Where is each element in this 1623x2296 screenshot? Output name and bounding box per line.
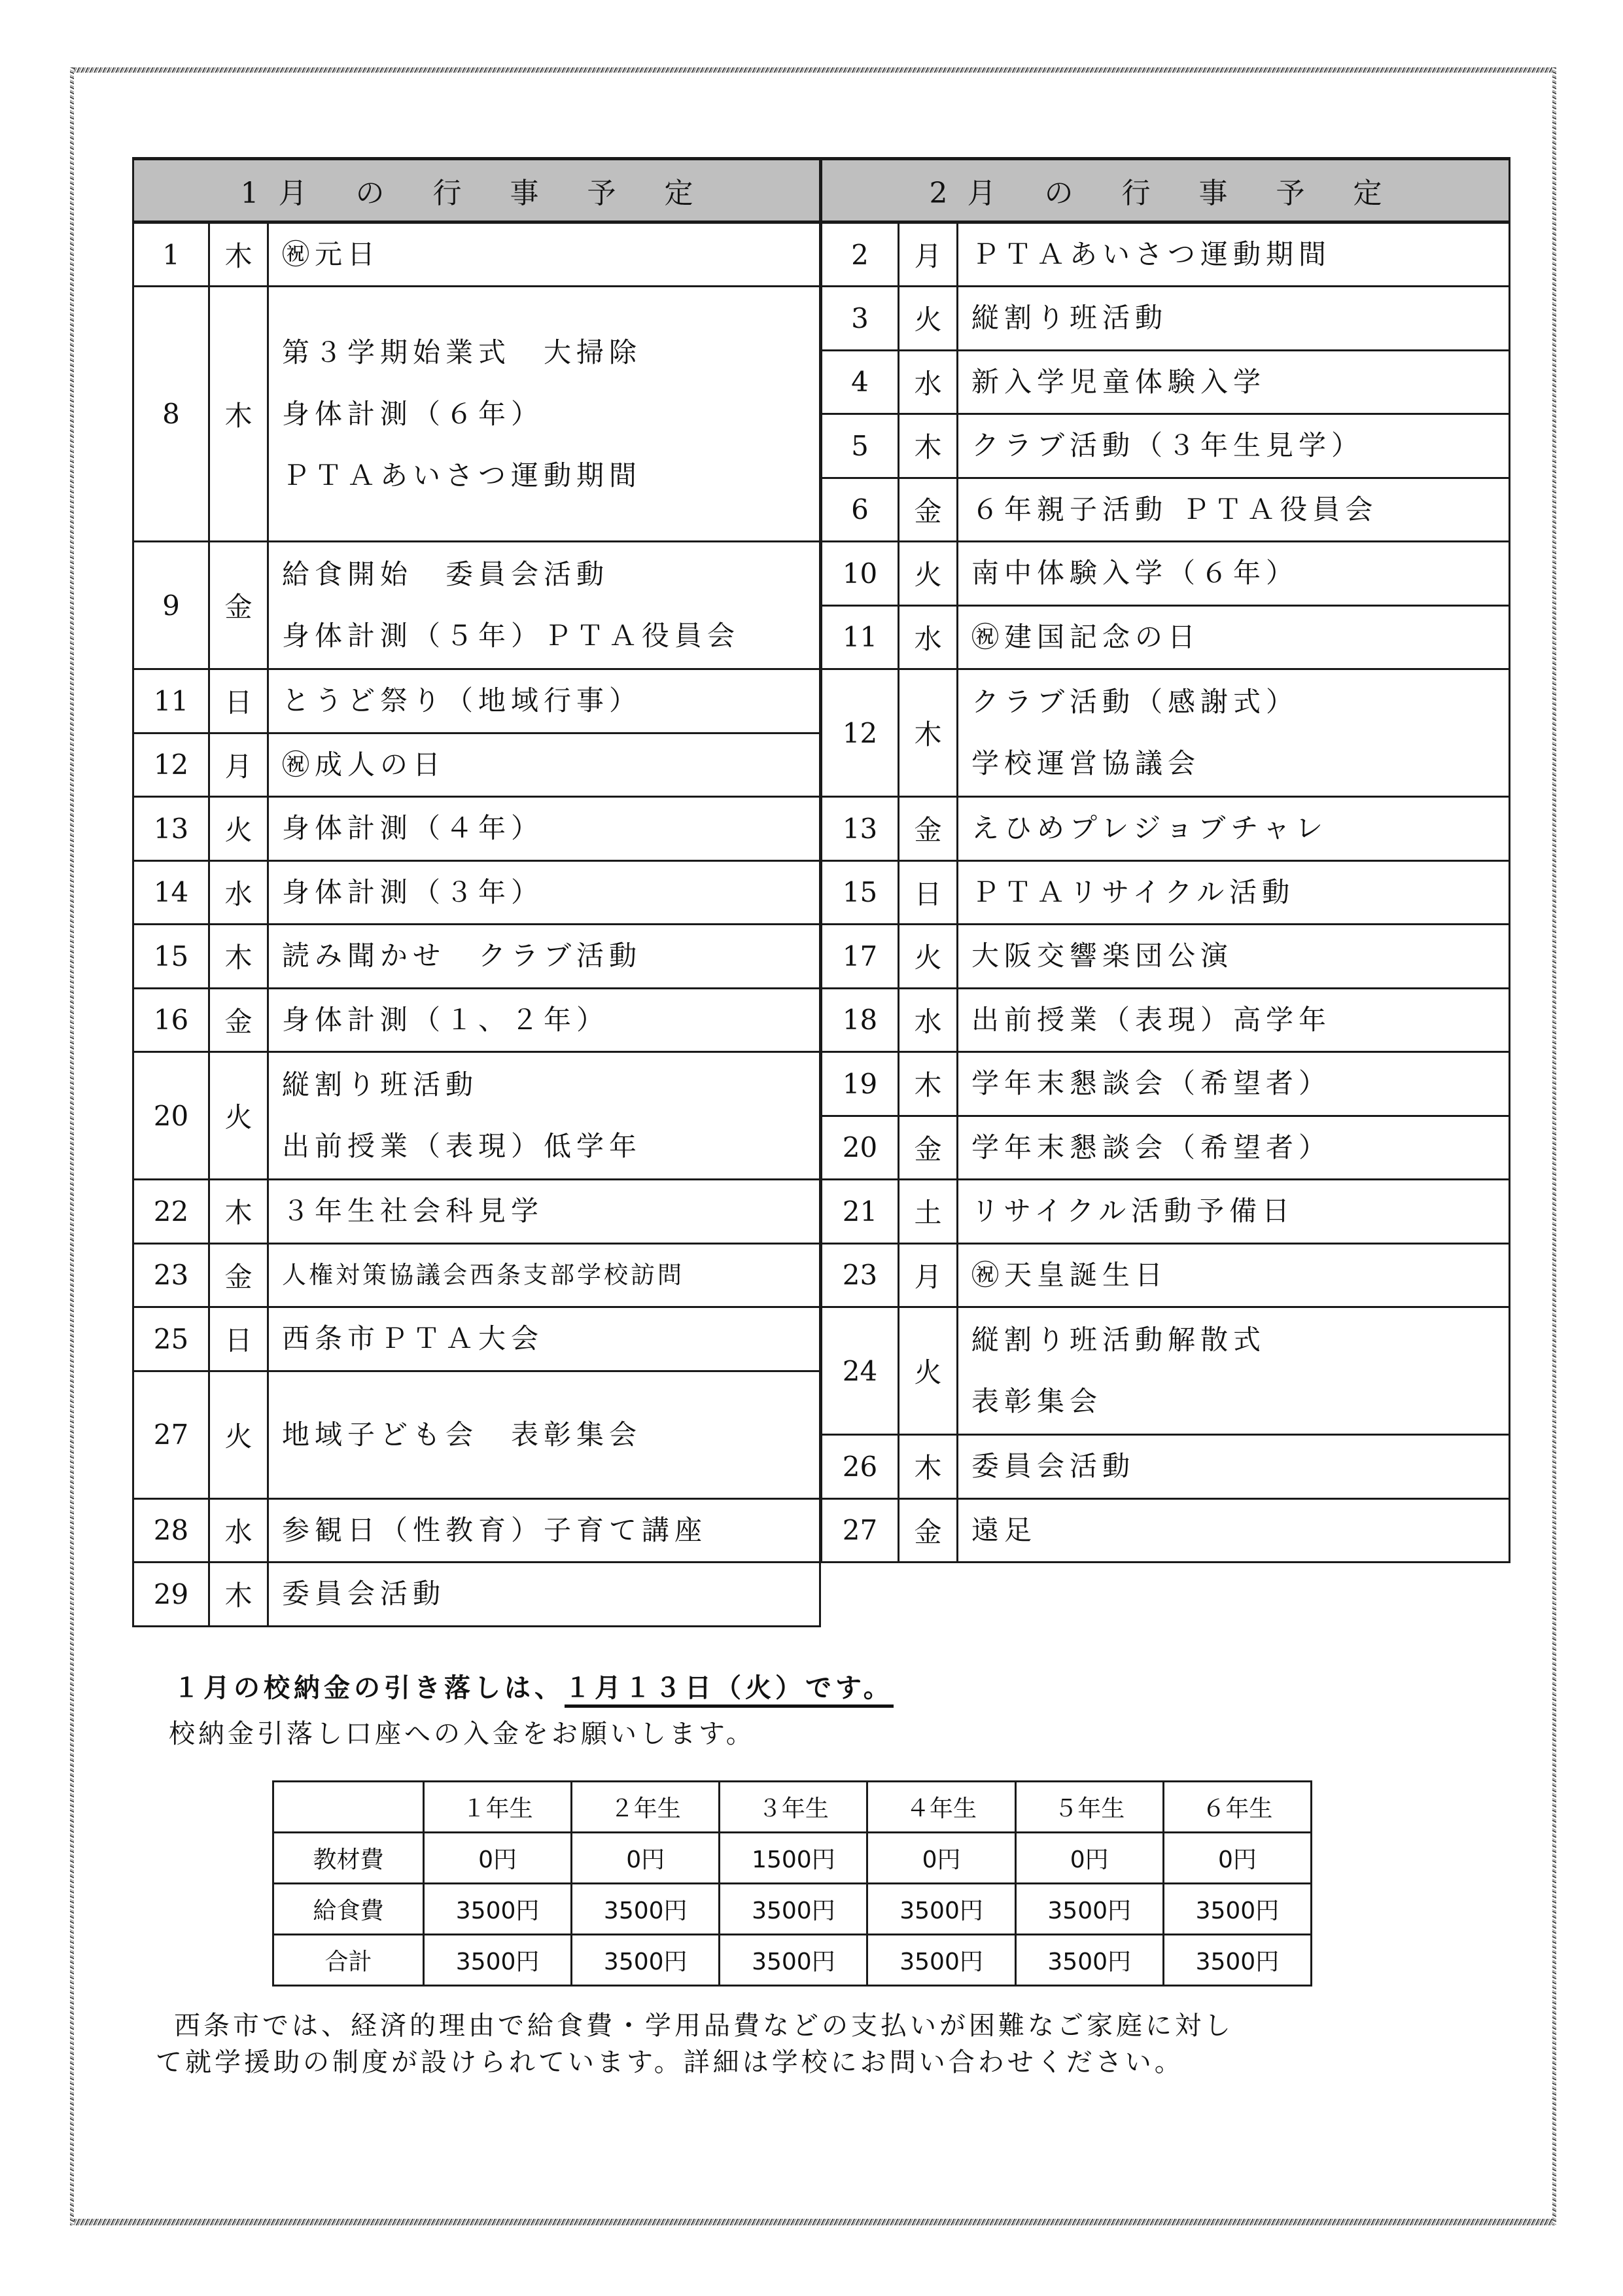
schedule-row: 27金遠足 [822,1498,1510,1563]
weekday: 水 [899,605,958,669]
day-number: 10 [822,542,899,606]
event-text: 参観日（性教育）子育て講座 [282,1500,819,1561]
schedule-row: 28水参観日（性教育）子育て講座 [133,1498,820,1563]
schedule-row: 14水身体計測（３年） [133,860,820,925]
event-text: ㊗成人の日 [282,734,819,796]
event-text: 縦割り班活動解散式 [971,1309,1509,1371]
weekday: 日 [209,1307,268,1371]
event-text: クラブ活動（感謝式） [971,671,1509,733]
event-text: とうど祭り（地域行事） [282,670,819,732]
weekday: 木 [209,1180,268,1244]
fee-row: 給食費3500円3500円3500円3500円3500円3500円 [273,1884,1312,1935]
event-text: 南中体験入学（６年） [971,542,1509,604]
event-text: リサイクル活動予備日 [971,1180,1509,1242]
event-cell: 委員会活動 [958,1435,1510,1499]
weekday: 金 [899,478,958,542]
event-cell: 縦割り班活動解散式表彰集会 [958,1307,1510,1435]
event-cell: 身体計測（１、２年） [268,988,820,1052]
day-number: 26 [822,1435,899,1499]
day-number: 13 [133,797,209,861]
day-number: 25 [133,1307,209,1371]
event-text: 縦割り班活動 [971,287,1509,349]
event-cell: ㊗建国記念の日 [958,605,1510,669]
schedule-row: 21土リサイクル活動予備日 [822,1180,1510,1244]
schedule-row: 19木学年末懇談会（希望者） [822,1052,1510,1116]
border-left [70,67,74,2225]
fee-amount: 3500円 [572,1884,720,1935]
fee-amount: 0円 [1015,1833,1163,1884]
february-schedule-table: 2月 の 行 事 予 定 2月ＰＴＡあいさつ運動期間3火縦割り班活動4水新入学児… [820,157,1510,1563]
january-schedule-table: 1月 の 行 事 予 定 1木㊗元日8木第３学期始業式 大掃除身体計測（６年）Ｐ… [132,157,821,1627]
event-cell: 読み聞かせ クラブ活動 [268,925,820,989]
event-cell: 第３学期始業式 大掃除身体計測（６年）ＰＴＡあいさつ運動期間 [268,287,820,542]
fee-column-header: ６年生 [1163,1782,1311,1833]
schedule-row: 5木クラブ活動（３年生見学） [822,414,1510,478]
day-number: 13 [822,797,899,861]
event-cell: 給食開始 委員会活動身体計測（５年）ＰＴＡ役員会 [268,542,820,669]
day-number: 12 [133,733,209,797]
event-cell: 縦割り班活動 [958,287,1510,351]
weekday: 火 [209,797,268,861]
schedule-row: 15日ＰＴＡリサイクル活動 [822,860,1510,925]
weekday: 金 [899,1116,958,1180]
event-text: 出前授業（表現）低学年 [282,1116,819,1177]
day-number: 9 [133,542,209,669]
day-number: 24 [822,1307,899,1435]
event-text: 読み聞かせ クラブ活動 [282,925,819,987]
event-text: ㊗建国記念の日 [971,607,1509,668]
day-number: 27 [133,1371,209,1498]
event-text: 人権対策協議会西条支部学校訪問 [282,1245,819,1306]
event-text: 大阪交響楽団公演 [971,925,1509,987]
january-schedule-title: 1月 の 行 事 予 定 [133,159,820,222]
event-cell: ㊗天皇誕生日 [958,1243,1510,1307]
schedule-row: 11日とうど祭り（地域行事） [133,669,820,733]
event-cell: 学年末懇談会（希望者） [958,1116,1510,1180]
schedule-row: 2月ＰＴＡあいさつ運動期間 [822,222,1510,287]
schedule-row: 20火縦割り班活動出前授業（表現）低学年 [133,1052,820,1180]
fee-table-body: １年生２年生３年生４年生５年生６年生教材費0円0円1500円0円0円0円給食費3… [273,1782,1312,1986]
weekday: 月 [899,1243,958,1307]
weekday: 火 [899,542,958,606]
event-text: ＰＴＡあいさつ運動期間 [971,224,1509,285]
day-number: 17 [822,925,899,989]
event-text: 西条市ＰＴＡ大会 [282,1308,819,1369]
school-fee-table: １年生２年生３年生４年生５年生６年生教材費0円0円1500円0円0円0円給食費3… [272,1780,1312,1987]
fee-amount: 3500円 [424,1884,572,1935]
weekday: 木 [209,1563,268,1627]
weekday: 日 [209,669,268,733]
event-text: ㊗元日 [282,224,819,285]
event-cell: 学年末懇談会（希望者） [958,1052,1510,1116]
event-cell: 委員会活動 [268,1563,820,1627]
day-number: 1 [133,222,209,287]
event-text: 身体計測（５年）ＰＴＡ役員会 [282,605,819,667]
weekday: 金 [209,1243,268,1307]
day-number: 27 [822,1498,899,1563]
event-text: 新入学児童体験入学 [971,351,1509,413]
event-text: 地域子ども会 表彰集会 [282,1404,819,1466]
event-cell: クラブ活動（３年生見学） [958,414,1510,478]
fee-row-label: 教材費 [273,1833,424,1884]
fee-amount: 3500円 [1015,1884,1163,1935]
schedule-row: 12木クラブ活動（感謝式）学校運営協議会 [822,669,1510,797]
weekday: 木 [209,287,268,542]
fee-row: 教材費0円0円1500円0円0円0円 [273,1833,1312,1884]
schedule-row: 20金学年末懇談会（希望者） [822,1116,1510,1180]
schedule-row: 10火南中体験入学（６年） [822,542,1510,606]
event-cell: ３年生社会科見学 [268,1180,820,1244]
day-number: 5 [822,414,899,478]
event-text: ３年生社会科見学 [282,1180,819,1242]
fee-header-row: １年生２年生３年生４年生５年生６年生 [273,1782,1312,1833]
fee-amount: 0円 [867,1833,1015,1884]
day-number: 11 [133,669,209,733]
fee-amount: 0円 [424,1833,572,1884]
fee-row: 合計3500円3500円3500円3500円3500円3500円 [273,1935,1312,1986]
event-text: 身体計測（４年） [282,798,819,859]
event-cell: 遠足 [958,1498,1510,1563]
weekday: 水 [899,350,958,414]
schedule-row: 18水出前授業（表現）高学年 [822,988,1510,1052]
fee-amount: 3500円 [424,1935,572,1986]
fee-amount: 1500円 [720,1833,867,1884]
event-text: 身体計測（６年） [282,383,819,445]
day-number: 8 [133,287,209,542]
schedule-row: 13金えひめプレジョブチャレ [822,797,1510,861]
weekday: 木 [899,1052,958,1116]
fee-amount: 3500円 [1163,1935,1311,1986]
weekday: 月 [209,733,268,797]
event-text: 学年末懇談会（希望者） [971,1053,1509,1114]
schedule-row: 1木㊗元日 [133,222,820,287]
weekday: 木 [899,669,958,797]
deposit-request-text: 校納金引落し口座への入金をお願いします。 [169,1713,756,1750]
event-text: ＰＴＡリサイクル活動 [971,862,1509,923]
day-number: 6 [822,478,899,542]
event-cell: 出前授業（表現）高学年 [958,988,1510,1052]
event-text: 身体計測（３年） [282,862,819,923]
schedule-row: 8木第３学期始業式 大掃除身体計測（６年）ＰＴＡあいさつ運動期間 [133,287,820,542]
weekday: 火 [899,287,958,351]
fee-column-header: ３年生 [720,1782,867,1833]
fee-amount: 3500円 [720,1935,867,1986]
fee-amount: 0円 [1163,1833,1311,1884]
day-number: 20 [133,1052,209,1180]
weekday: 金 [899,797,958,861]
weekday: 火 [209,1371,268,1498]
event-cell: ６年親子活動 ＰＴＡ役員会 [958,478,1510,542]
event-text: ㊗天皇誕生日 [971,1245,1509,1306]
schedule-row: 11水㊗建国記念の日 [822,605,1510,669]
border-top [70,67,1556,73]
fee-row-label: 合計 [273,1935,424,1986]
payment-notice-date: １月１３日（火）です。 [565,1673,894,1708]
event-text: 第３学期始業式 大掃除 [282,322,819,383]
event-cell: 西条市ＰＴＡ大会 [268,1307,820,1371]
schedule-row: 4水新入学児童体験入学 [822,350,1510,414]
weekday: 日 [899,860,958,925]
fee-amount: 3500円 [867,1935,1015,1986]
schedule-row: 22木３年生社会科見学 [133,1180,820,1244]
fee-column-header: １年生 [424,1782,572,1833]
event-text: クラブ活動（３年生見学） [971,415,1509,476]
financial-aid-line-2: て就学援助の制度が設けられています。詳細は学校にお問い合わせください。 [156,2044,1490,2081]
schedule-row: 23金人権対策協議会西条支部学校訪問 [133,1243,820,1307]
schedule-row: 29木委員会活動 [133,1563,820,1627]
schedule-row: 25日西条市ＰＴＡ大会 [133,1307,820,1371]
day-number: 2 [822,222,899,287]
day-number: 16 [133,988,209,1052]
event-cell: 南中体験入学（６年） [958,542,1510,606]
fee-amount: 3500円 [572,1935,720,1986]
schedule-row: 12月㊗成人の日 [133,733,820,797]
weekday: 木 [209,925,268,989]
event-cell: えひめプレジョブチャレ [958,797,1510,861]
fee-column-header: ４年生 [867,1782,1015,1833]
payment-notice-prefix: １月の校納金の引き落しは、 [173,1673,565,1703]
day-number: 11 [822,605,899,669]
day-number: 21 [822,1180,899,1244]
event-cell: 身体計測（３年） [268,860,820,925]
schedule-row: 15木読み聞かせ クラブ活動 [133,925,820,989]
day-number: 20 [822,1116,899,1180]
event-text: 出前授業（表現）高学年 [971,989,1509,1051]
day-number: 23 [133,1243,209,1307]
fee-amount: 3500円 [1163,1884,1311,1935]
payment-deadline-notice: １月の校納金の引き落しは、１月１３日（火）です。 [173,1667,894,1704]
border-bottom [70,2219,1556,2225]
schedule-row: 13火身体計測（４年） [133,797,820,861]
event-cell: 身体計測（４年） [268,797,820,861]
event-text: 身体計測（１、２年） [282,989,819,1051]
weekday: 火 [899,1307,958,1435]
day-number: 15 [822,860,899,925]
fee-row-label: 給食費 [273,1884,424,1935]
event-cell: 新入学児童体験入学 [958,350,1510,414]
weekday: 木 [899,414,958,478]
event-text: 委員会活動 [971,1436,1509,1497]
schedule-row: 26木委員会活動 [822,1435,1510,1499]
border-right [1552,67,1556,2225]
day-number: 12 [822,669,899,797]
event-cell: リサイクル活動予備日 [958,1180,1510,1244]
weekday: 金 [209,988,268,1052]
event-cell: ＰＴＡリサイクル活動 [958,860,1510,925]
schedule-row: 3火縦割り班活動 [822,287,1510,351]
schedule-row: 9金給食開始 委員会活動身体計測（５年）ＰＴＡ役員会 [133,542,820,669]
february-schedule-body: 2月ＰＴＡあいさつ運動期間3火縦割り班活動4水新入学児童体験入学5木クラブ活動（… [822,222,1510,1563]
schedule-row: 16金身体計測（１、２年） [133,988,820,1052]
schedule-row: 27火地域子ども会 表彰集会 [133,1371,820,1498]
event-text: 学年末懇談会（希望者） [971,1117,1509,1178]
event-cell: 縦割り班活動出前授業（表現）低学年 [268,1052,820,1180]
fee-amount: 3500円 [1015,1935,1163,1986]
schedule-row: 24火縦割り班活動解散式表彰集会 [822,1307,1510,1435]
weekday: 木 [899,1435,958,1499]
event-cell: ＰＴＡあいさつ運動期間 [958,222,1510,287]
event-cell: クラブ活動（感謝式）学校運営協議会 [958,669,1510,797]
event-text: 委員会活動 [282,1563,819,1625]
financial-aid-note: 西条市では、経済的理由で給食費・学用品費などの支払いが困難なご家庭に対し て就学… [156,2007,1490,2081]
weekday: 木 [209,222,268,287]
financial-aid-line-1: 西条市では、経済的理由で給食費・学用品費などの支払いが困難なご家庭に対し [156,2007,1490,2044]
day-number: 23 [822,1243,899,1307]
january-schedule-body: 1木㊗元日8木第３学期始業式 大掃除身体計測（６年）ＰＴＡあいさつ運動期間9金給… [133,222,820,1627]
weekday: 土 [899,1180,958,1244]
event-text: 学校運営協議会 [971,733,1509,794]
day-number: 3 [822,287,899,351]
weekday: 火 [899,925,958,989]
fee-amount: 3500円 [867,1884,1015,1935]
day-number: 19 [822,1052,899,1116]
day-number: 29 [133,1563,209,1627]
schedule-row: 17火大阪交響楽団公演 [822,925,1510,989]
event-cell: 大阪交響楽団公演 [958,925,1510,989]
fee-amount: 0円 [572,1833,720,1884]
fee-column-header: ５年生 [1015,1782,1163,1833]
event-text: ＰＴＡあいさつ運動期間 [282,445,819,506]
event-cell: ㊗元日 [268,222,820,287]
event-text: 縦割り班活動 [282,1054,819,1116]
event-cell: 地域子ども会 表彰集会 [268,1371,820,1498]
schedule-row: 23月㊗天皇誕生日 [822,1243,1510,1307]
weekday: 水 [209,860,268,925]
weekday: 火 [209,1052,268,1180]
day-number: 18 [822,988,899,1052]
fee-column-header [273,1782,424,1833]
event-text: 給食開始 委員会活動 [282,544,819,605]
event-text: えひめプレジョブチャレ [971,798,1509,859]
weekday: 金 [209,542,268,669]
event-cell: 参観日（性教育）子育て講座 [268,1498,820,1563]
event-text: 表彰集会 [971,1371,1509,1432]
day-number: 28 [133,1498,209,1563]
weekday: 水 [209,1498,268,1563]
february-schedule-title: 2月 の 行 事 予 定 [822,159,1510,222]
event-cell: ㊗成人の日 [268,733,820,797]
weekday: 月 [899,222,958,287]
day-number: 22 [133,1180,209,1244]
day-number: 15 [133,925,209,989]
fee-column-header: ２年生 [572,1782,720,1833]
day-number: 4 [822,350,899,414]
day-number: 14 [133,860,209,925]
weekday: 水 [899,988,958,1052]
event-cell: とうど祭り（地域行事） [268,669,820,733]
event-text: ６年親子活動 ＰＴＡ役員会 [971,479,1509,540]
event-text: 遠足 [971,1500,1509,1561]
schedule-row: 6金６年親子活動 ＰＴＡ役員会 [822,478,1510,542]
event-cell: 人権対策協議会西条支部学校訪問 [268,1243,820,1307]
fee-amount: 3500円 [720,1884,867,1935]
weekday: 金 [899,1498,958,1563]
